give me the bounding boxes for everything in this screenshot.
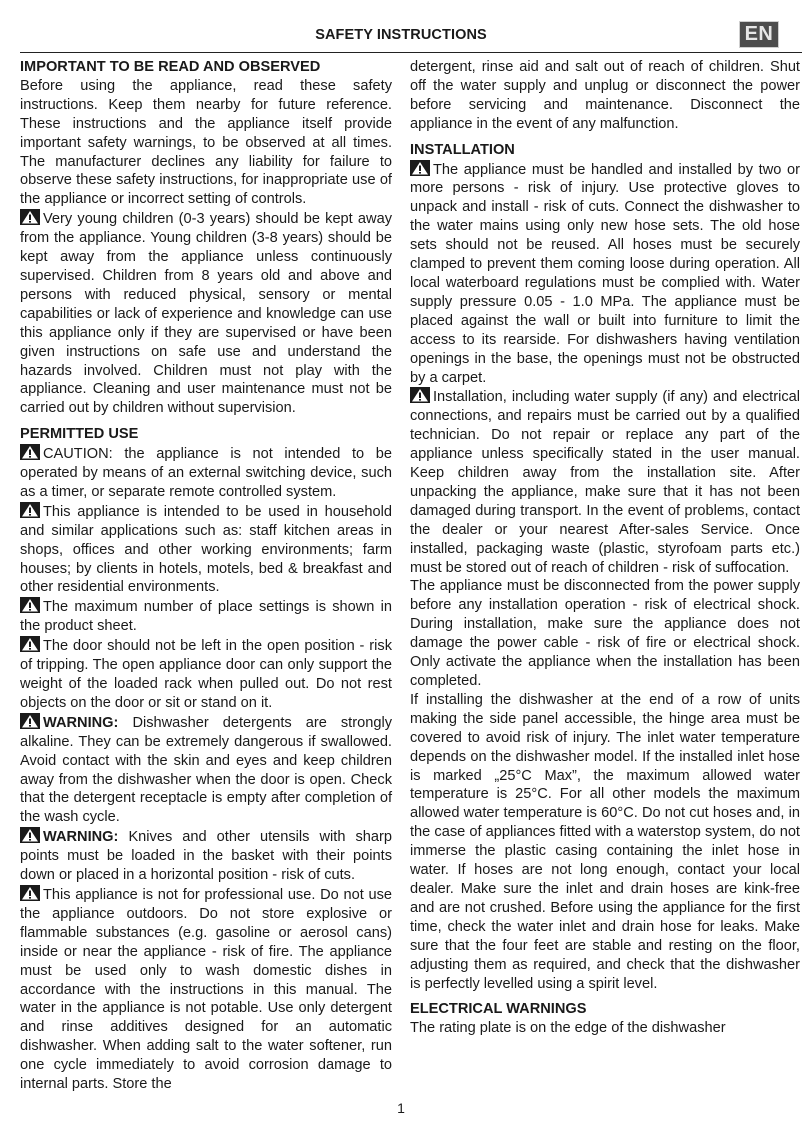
installation-section: INSTALLATION The appliance must be handl… <box>410 141 800 994</box>
header-divider <box>20 52 802 53</box>
electrical-warnings-section: ELECTRICAL WARNINGS The rating plate is … <box>410 1000 800 1038</box>
warning-triangle-icon <box>20 827 40 843</box>
installation-item: Installation, including water supply (if… <box>410 387 800 577</box>
permitted-use-item: WARNING: Knives and other utensils with … <box>20 827 392 885</box>
warning-triangle-icon <box>20 502 40 518</box>
page-number: 1 <box>0 1100 802 1116</box>
end-of-row-paragraph: If installing the dishwasher at the end … <box>410 691 800 994</box>
electrical-paragraph: The rating plate is on the edge of the d… <box>410 1019 800 1038</box>
intro-paragraph: Before using the appliance, read these s… <box>20 77 392 209</box>
left-column: IMPORTANT TO BE READ AND OBSERVED Before… <box>20 58 392 1094</box>
warning-label: WARNING: <box>43 829 118 845</box>
permitted-use-item: This appliance is not for professional u… <box>20 885 392 1094</box>
warning-triangle-icon <box>20 209 40 225</box>
children-warning-paragraph: Very young children (0-3 years) should b… <box>20 209 392 418</box>
installation-item: The appliance must be handled and instal… <box>410 160 800 388</box>
permitted-use-item: WARNING: Dishwasher detergents are stron… <box>20 713 392 827</box>
warning-triangle-icon <box>20 636 40 652</box>
permitted-use-item: This appliance is intended to be used in… <box>20 502 392 598</box>
section-heading-permitted-use: PERMITTED USE <box>20 425 392 444</box>
section-heading-important: IMPORTANT TO BE READ AND OBSERVED <box>20 58 392 77</box>
power-disconnect-paragraph: The appliance must be disconnected from … <box>410 577 800 690</box>
continuation-paragraph: detergent, rinse aid and salt out of rea… <box>410 58 800 134</box>
section-heading-installation: INSTALLATION <box>410 141 800 160</box>
permitted-use-item: The door should not be left in the open … <box>20 636 392 713</box>
page-title: SAFETY INSTRUCTIONS <box>0 27 802 43</box>
warning-triangle-icon <box>20 885 40 901</box>
warning-label: WARNING: <box>43 715 118 731</box>
section-heading-electrical: ELECTRICAL WARNINGS <box>410 1000 800 1019</box>
permitted-use-item: CAUTION: the appliance is not intended t… <box>20 444 392 502</box>
warning-triangle-icon <box>20 597 40 613</box>
warning-triangle-icon <box>410 160 430 176</box>
warning-triangle-icon <box>410 387 430 403</box>
warning-triangle-icon <box>20 713 40 729</box>
permitted-use-section: PERMITTED USE CAUTION: the appliance is … <box>20 425 392 1094</box>
language-badge: EN <box>739 21 779 48</box>
important-section: IMPORTANT TO BE READ AND OBSERVED Before… <box>20 58 392 418</box>
right-column: detergent, rinse aid and salt out of rea… <box>410 58 800 1038</box>
warning-triangle-icon <box>20 444 40 460</box>
permitted-use-item: The maximum number of place settings is … <box>20 597 392 636</box>
